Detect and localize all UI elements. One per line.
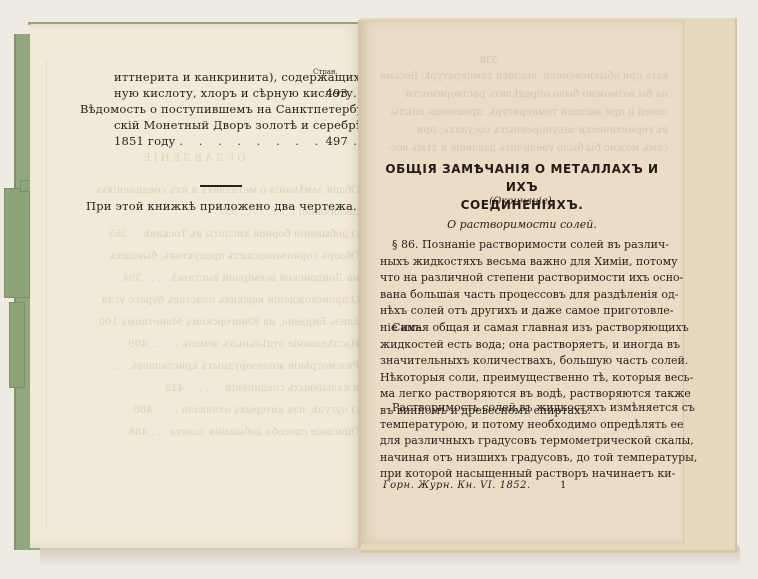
green-cover-tab: [9, 302, 25, 388]
text-line: Нѣкоторыя соли, преимущественно тѣ, кото…: [380, 370, 665, 387]
leader-dots: . . . . . . . . . . .: [179, 134, 382, 148]
text-line: для различныхъ градусовъ термометрическо…: [380, 433, 665, 450]
bleed-through-page-number: 338: [480, 56, 497, 66]
article-subtitle: (Окончаніе).: [377, 196, 667, 207]
text-line: что на различной степени растворимости и…: [380, 270, 665, 287]
toc-page-number: 497: [325, 134, 348, 149]
text-line: жидкостей есть вода; она растворяетъ, и …: [380, 337, 665, 354]
text-line: § 86. Познаніе растворимости солей въ ра…: [380, 237, 665, 254]
printer-signature: Горн. Журн. Кн. VI. 1852.: [383, 480, 531, 491]
table-of-contents: иттнерита и канкринита), содержащихъ уго…: [80, 70, 350, 150]
green-cover-tab: [4, 188, 30, 298]
text-line: Растворимость солей въ жидкостяхъ измѣня…: [380, 400, 665, 417]
toc-entry-line: 1851 году . . . . . . . . . . . 497: [80, 134, 350, 150]
horizontal-rule: [200, 185, 242, 187]
text-line: температурою, и потому необходимо опредѣ…: [380, 417, 665, 434]
section-heading: О растворимости солей.: [377, 218, 667, 231]
text-line: ныхъ жидкостяхъ весьма важно для Химіи, …: [380, 254, 665, 271]
toc-page-number: 493: [325, 86, 348, 101]
text-line: вана большая часть процессовъ для раздѣл…: [380, 287, 665, 304]
text-line: Самая общая и самая главная изъ растворя…: [380, 320, 665, 337]
bleed-through-text: вать при обыкновенной, высшей температур…: [380, 68, 668, 158]
text-line: значительныхъ количествахъ, большую част…: [380, 353, 665, 370]
toc-entry-text: ную кислоту, хлоръ и сѣрную кислоту.: [114, 86, 357, 100]
toc-entry-text: 1851 году: [114, 134, 176, 148]
toc-entry-line: ную кислоту, хлоръ и сѣрную кислоту. . .…: [80, 86, 350, 102]
attachment-note: При этой книжкѣ приложено два чертежа.: [86, 199, 357, 214]
bleed-through-text: О Г Л А В Л Е Н І Е.: [140, 148, 246, 170]
toc-entry-line: скій Монетный Дворъ золотѣ и серебрѣ въ: [80, 118, 350, 134]
sheet-number: 1: [560, 480, 566, 491]
book-scan-scene: О Г Л А В Л Е Н І Е. Общія замѣчанія о м…: [0, 0, 758, 579]
toc-entry-line: иттнерита и канкринита), содержащихъ уго…: [80, 70, 350, 86]
toc-entry-line: Вѣдомость о поступившемъ на Санктпетербу…: [80, 102, 350, 118]
book-gutter: [358, 20, 361, 548]
text-line: начиная отъ низшихъ градусовъ, до той те…: [380, 450, 665, 467]
article-title-line: ОБЩІЯ ЗАМѢЧАНІЯ О МЕТАЛЛАХЪ И ИХЪ: [377, 160, 667, 196]
body-paragraph: Растворимость солей въ жидкостяхъ измѣня…: [380, 400, 665, 483]
left-page-fold-line: [46, 60, 47, 530]
text-line: нѣхъ солей отъ другихъ и даже самое приг…: [380, 303, 665, 320]
bleed-through-text: Общія замѣчанія о металлахъ и ихъ соедин…: [95, 180, 359, 444]
